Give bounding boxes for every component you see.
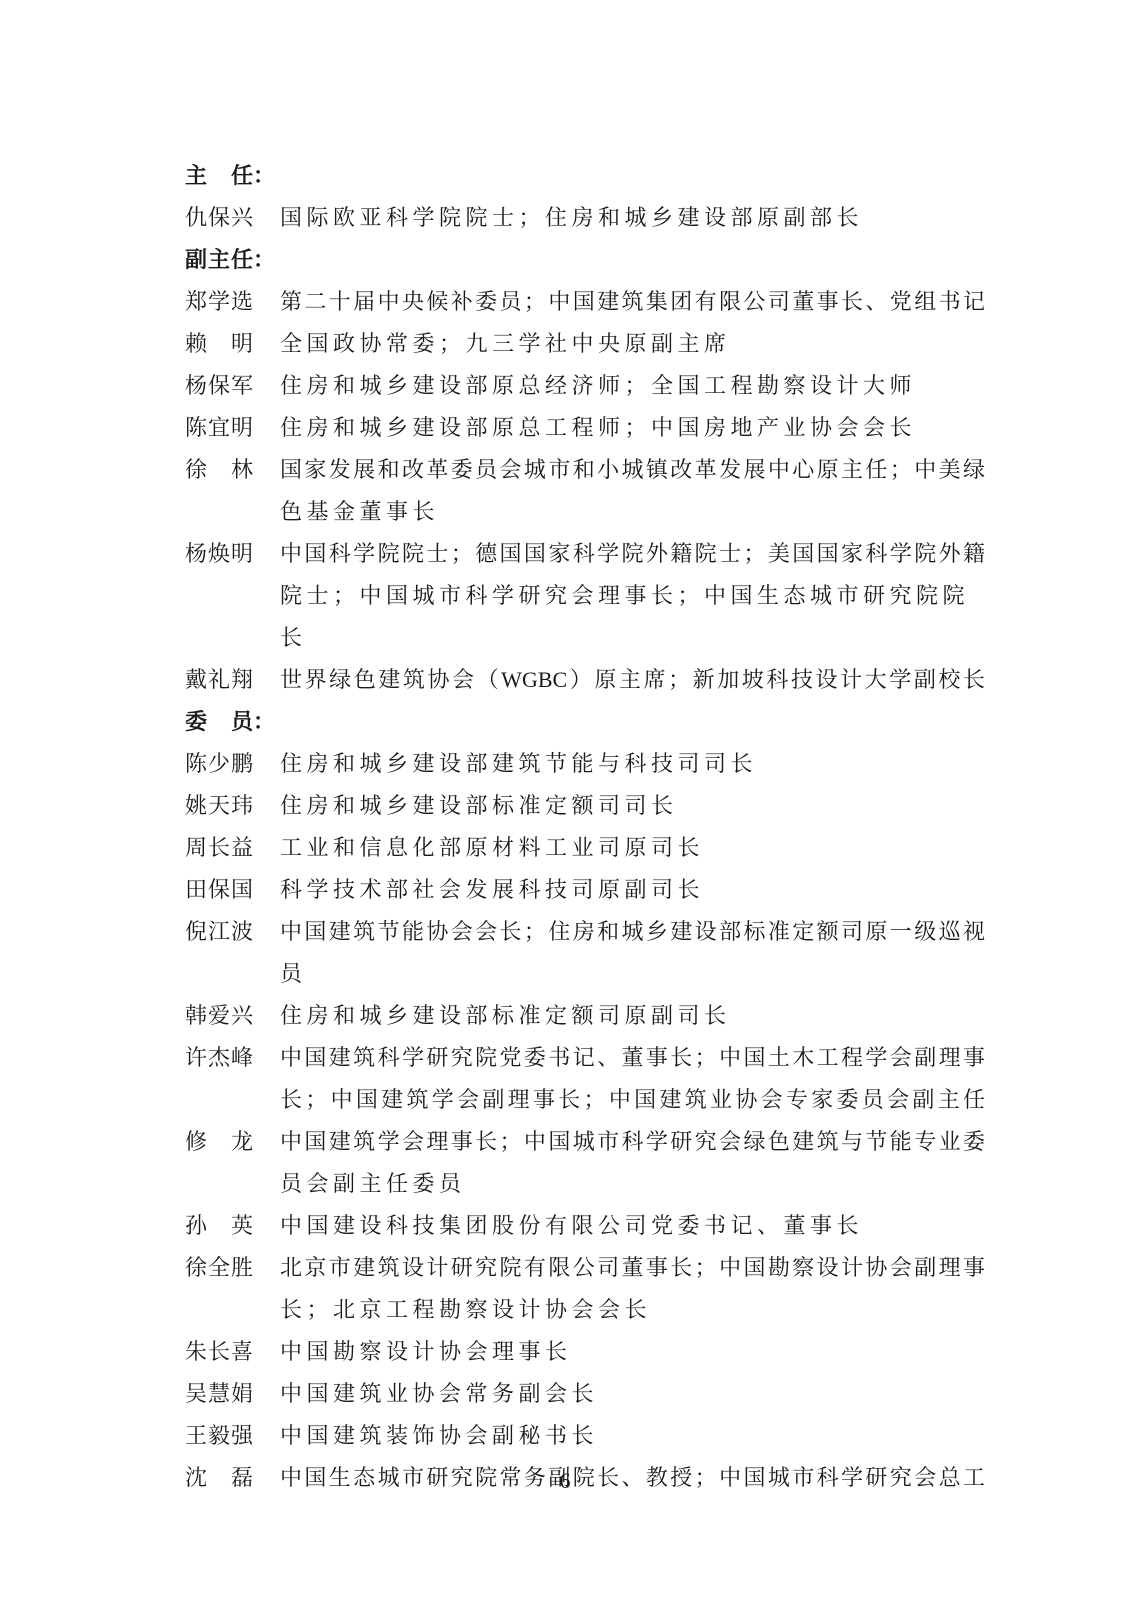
member-role-line: 长；中国建筑学会副理事长；中国建筑业协会专家委员会副主任 bbox=[280, 1079, 985, 1121]
member-name: 王毅强 bbox=[185, 1415, 253, 1457]
member-name: 朱长喜 bbox=[185, 1331, 253, 1373]
char: 孙 bbox=[185, 1205, 207, 1247]
member-role-line: 北京市建筑设计研究院有限公司董事长；中国勘察设计协会副理事 bbox=[280, 1247, 985, 1289]
char: 杰 bbox=[208, 1037, 230, 1079]
member-role: 中国建筑节能协会会长；住房和城乡建设部标准定额司原一级巡视员 bbox=[280, 911, 985, 995]
char: 英 bbox=[231, 1205, 253, 1247]
page-number: 6 bbox=[0, 1466, 1130, 1496]
member-role-line: 院士；中国城市科学研究会理事长；中国生态城市研究院院长 bbox=[280, 575, 985, 659]
member-row: 周长益工业和信息化部原材料工业司原司长 bbox=[185, 827, 1005, 869]
char: 保 bbox=[208, 197, 230, 239]
member-role-line: 中国建筑业协会常务副会长 bbox=[280, 1373, 985, 1415]
char: 明 bbox=[231, 407, 253, 449]
char: 翔 bbox=[231, 659, 253, 701]
char: 杨 bbox=[185, 365, 207, 407]
member-role-line: 住房和城乡建设部标准定额司司长 bbox=[280, 785, 985, 827]
char: 选 bbox=[231, 281, 253, 323]
char: 江 bbox=[208, 911, 230, 953]
member-name: 韩爱兴 bbox=[185, 995, 253, 1037]
member-row: 倪江波中国建筑节能协会会长；住房和城乡建设部标准定额司原一级巡视员 bbox=[185, 911, 1005, 995]
char: 明 bbox=[231, 533, 253, 575]
char: 仇 bbox=[185, 197, 207, 239]
member-role-line: 员 bbox=[280, 953, 985, 995]
char: 波 bbox=[231, 911, 253, 953]
char: 许 bbox=[185, 1037, 207, 1079]
member-name: 徐林 bbox=[185, 449, 253, 491]
member-role: 中国建筑学会理事长；中国城市科学研究会绿色建筑与节能专业委员会副主任委员 bbox=[280, 1121, 985, 1205]
char: 强 bbox=[231, 1415, 253, 1457]
member-role: 住房和城乡建设部标准定额司司长 bbox=[280, 785, 985, 827]
committee-list: 主任：仇保兴国际欧亚科学院院士；住房和城乡建设部原副部长副主任：郑学选第二十届中… bbox=[185, 155, 1005, 1499]
char: 爱 bbox=[208, 995, 230, 1037]
char: 宜 bbox=[208, 407, 230, 449]
member-row: 姚天玮住房和城乡建设部标准定额司司长 bbox=[185, 785, 1005, 827]
section-heading: 主任： bbox=[185, 155, 1005, 197]
char: 王 bbox=[185, 1415, 207, 1457]
char: 兴 bbox=[231, 995, 253, 1037]
member-role-line: 工业和信息化部原材料工业司原司长 bbox=[280, 827, 985, 869]
member-name: 陈宜明 bbox=[185, 407, 253, 449]
char: 长 bbox=[208, 827, 230, 869]
member-role-line: 科学技术部社会发展科技司原副司长 bbox=[280, 869, 985, 911]
char: 姚 bbox=[185, 785, 207, 827]
char: 陈 bbox=[185, 407, 207, 449]
member-role-line: 住房和城乡建设部标准定额司原副司长 bbox=[280, 995, 985, 1037]
member-role-line: 住房和城乡建设部原总工程师；中国房地产业协会会长 bbox=[280, 407, 985, 449]
char: 焕 bbox=[208, 533, 230, 575]
member-row: 王毅强中国建筑装饰协会副秘书长 bbox=[185, 1415, 1005, 1457]
member-name: 戴礼翔 bbox=[185, 659, 253, 701]
char: 任 bbox=[231, 239, 253, 281]
member-row: 吴慧娟中国建筑业协会常务副会长 bbox=[185, 1373, 1005, 1415]
member-row: 仇保兴国际欧亚科学院院士；住房和城乡建设部原副部长 bbox=[185, 197, 1005, 239]
member-role-line: 第二十届中央候补委员；中国建筑集团有限公司董事长、党组书记 bbox=[280, 281, 985, 323]
member-role: 世界绿色建筑协会（WGBC）原主席；新加坡科技设计大学副校长 bbox=[280, 659, 985, 701]
member-name: 姚天玮 bbox=[185, 785, 253, 827]
char: 朱 bbox=[185, 1331, 207, 1373]
char: 徐 bbox=[185, 449, 207, 491]
char: 杨 bbox=[185, 533, 207, 575]
char: 龙 bbox=[231, 1121, 253, 1163]
char: 吴 bbox=[185, 1373, 207, 1415]
member-row: 赖明全国政协常委；九三学社中央原副主席 bbox=[185, 323, 1005, 365]
member-role-line: 中国建筑装饰协会副秘书长 bbox=[280, 1415, 985, 1457]
member-row: 韩爱兴住房和城乡建设部标准定额司原副司长 bbox=[185, 995, 1005, 1037]
member-role-line: 长；北京工程勘察设计协会会长 bbox=[280, 1289, 985, 1331]
char: 天 bbox=[208, 785, 230, 827]
section-heading: 副主任： bbox=[185, 239, 1005, 281]
member-row: 戴礼翔世界绿色建筑协会（WGBC）原主席；新加坡科技设计大学副校长 bbox=[185, 659, 1005, 701]
member-name: 仇保兴 bbox=[185, 197, 253, 239]
member-role: 中国科学院院士；德国国家科学院外籍院士；美国国家科学院外籍院士；中国城市科学研究… bbox=[280, 533, 985, 659]
char: 毅 bbox=[208, 1415, 230, 1457]
member-name: 徐全胜 bbox=[185, 1247, 253, 1289]
char: 周 bbox=[185, 827, 207, 869]
char: 胜 bbox=[231, 1247, 253, 1289]
char: 全 bbox=[208, 1247, 230, 1289]
heading-colon: ： bbox=[253, 155, 275, 197]
char: 慧 bbox=[208, 1373, 230, 1415]
member-role-line: 中国勘察设计协会理事长 bbox=[280, 1331, 985, 1373]
member-name: 倪江波 bbox=[185, 911, 253, 953]
member-role: 全国政协常委；九三学社中央原副主席 bbox=[280, 323, 985, 365]
char: 倪 bbox=[185, 911, 207, 953]
member-role-line: 中国建设科技集团股份有限公司党委书记、董事长 bbox=[280, 1205, 985, 1247]
char: 明 bbox=[231, 323, 253, 365]
heading-colon: ： bbox=[253, 239, 275, 281]
member-role: 住房和城乡建设部建筑节能与科技司司长 bbox=[280, 743, 985, 785]
member-role-line: 住房和城乡建设部建筑节能与科技司司长 bbox=[280, 743, 985, 785]
member-row: 修龙中国建筑学会理事长；中国城市科学研究会绿色建筑与节能专业委员会副主任委员 bbox=[185, 1121, 1005, 1205]
char: 任 bbox=[231, 155, 253, 197]
char: 田 bbox=[185, 869, 207, 911]
member-role: 中国勘察设计协会理事长 bbox=[280, 1331, 985, 1373]
member-row: 杨保军住房和城乡建设部原总经济师；全国工程勘察设计大师 bbox=[185, 365, 1005, 407]
member-name: 许杰峰 bbox=[185, 1037, 253, 1079]
char: 郑 bbox=[185, 281, 207, 323]
section-heading: 委员： bbox=[185, 701, 1005, 743]
member-name: 杨保军 bbox=[185, 365, 253, 407]
heading-colon: ： bbox=[253, 701, 275, 743]
member-row: 田保国科学技术部社会发展科技司原副司长 bbox=[185, 869, 1005, 911]
member-role: 国际欧亚科学院院士；住房和城乡建设部原副部长 bbox=[280, 197, 985, 239]
member-role: 中国建筑业协会常务副会长 bbox=[280, 1373, 985, 1415]
char: 鹏 bbox=[231, 743, 253, 785]
member-role: 住房和城乡建设部标准定额司原副司长 bbox=[280, 995, 985, 1037]
member-role-line: 国家发展和改革委员会城市和小城镇改革发展中心原主任；中美绿 bbox=[280, 449, 985, 491]
member-role-line: 国际欧亚科学院院士；住房和城乡建设部原副部长 bbox=[280, 197, 985, 239]
member-name: 赖明 bbox=[185, 323, 253, 365]
member-row: 许杰峰中国建筑科学研究院党委书记、董事长；中国土木工程学会副理事长；中国建筑学会… bbox=[185, 1037, 1005, 1121]
member-role: 住房和城乡建设部原总经济师；全国工程勘察设计大师 bbox=[280, 365, 985, 407]
char: 主 bbox=[185, 155, 207, 197]
member-role-line: 员会副主任委员 bbox=[280, 1163, 985, 1205]
member-role: 科学技术部社会发展科技司原副司长 bbox=[280, 869, 985, 911]
member-role: 第二十届中央候补委员；中国建筑集团有限公司董事长、党组书记 bbox=[280, 281, 985, 323]
member-row: 孙英中国建设科技集团股份有限公司党委书记、董事长 bbox=[185, 1205, 1005, 1247]
member-role: 工业和信息化部原材料工业司原司长 bbox=[280, 827, 985, 869]
char: 戴 bbox=[185, 659, 207, 701]
member-row: 杨焕明中国科学院院士；德国国家科学院外籍院士；美国国家科学院外籍院士；中国城市科… bbox=[185, 533, 1005, 659]
member-name: 杨焕明 bbox=[185, 533, 253, 575]
char: 娟 bbox=[231, 1373, 253, 1415]
char: 保 bbox=[208, 365, 230, 407]
section-heading-label: 主任 bbox=[185, 155, 253, 197]
member-row: 徐林国家发展和改革委员会城市和小城镇改革发展中心原主任；中美绿色基金董事长 bbox=[185, 449, 1005, 533]
char: 副 bbox=[185, 239, 207, 281]
member-row: 郑学选第二十届中央候补委员；中国建筑集团有限公司董事长、党组书记 bbox=[185, 281, 1005, 323]
char: 峰 bbox=[231, 1037, 253, 1079]
char: 学 bbox=[208, 281, 230, 323]
member-role: 中国建筑科学研究院党委书记、董事长；中国土木工程学会副理事长；中国建筑学会副理事… bbox=[280, 1037, 985, 1121]
member-role-line: 色基金董事长 bbox=[280, 491, 985, 533]
member-row: 陈宜明住房和城乡建设部原总工程师；中国房地产业协会会长 bbox=[185, 407, 1005, 449]
char: 修 bbox=[185, 1121, 207, 1163]
member-role-line: 中国科学院院士；德国国家科学院外籍院士；美国国家科学院外籍 bbox=[280, 533, 985, 575]
char: 林 bbox=[231, 449, 253, 491]
char: 委 bbox=[185, 701, 207, 743]
char: 礼 bbox=[208, 659, 230, 701]
member-row: 徐全胜北京市建筑设计研究院有限公司董事长；中国勘察设计协会副理事长；北京工程勘察… bbox=[185, 1247, 1005, 1331]
member-name: 修龙 bbox=[185, 1121, 253, 1163]
char: 国 bbox=[231, 869, 253, 911]
member-role: 住房和城乡建设部原总工程师；中国房地产业协会会长 bbox=[280, 407, 985, 449]
char: 徐 bbox=[185, 1247, 207, 1289]
char: 员 bbox=[231, 701, 253, 743]
char: 益 bbox=[231, 827, 253, 869]
document-page: 主任：仇保兴国际欧亚科学院院士；住房和城乡建设部原副部长副主任：郑学选第二十届中… bbox=[0, 0, 1130, 1600]
char: 保 bbox=[208, 869, 230, 911]
member-row: 朱长喜中国勘察设计协会理事长 bbox=[185, 1331, 1005, 1373]
section-heading-label: 委员 bbox=[185, 701, 253, 743]
char: 韩 bbox=[185, 995, 207, 1037]
member-role: 国家发展和改革委员会城市和小城镇改革发展中心原主任；中美绿色基金董事长 bbox=[280, 449, 985, 533]
member-role-line: 中国建筑学会理事长；中国城市科学研究会绿色建筑与节能专业委 bbox=[280, 1121, 985, 1163]
member-role-line: 住房和城乡建设部原总经济师；全国工程勘察设计大师 bbox=[280, 365, 985, 407]
char: 喜 bbox=[231, 1331, 253, 1373]
char: 赖 bbox=[185, 323, 207, 365]
char: 长 bbox=[208, 1331, 230, 1373]
member-role-line: 中国建筑科学研究院党委书记、董事长；中国土木工程学会副理事 bbox=[280, 1037, 985, 1079]
member-role: 中国建筑装饰协会副秘书长 bbox=[280, 1415, 985, 1457]
member-name: 吴慧娟 bbox=[185, 1373, 253, 1415]
member-role-line: 中国建筑节能协会会长；住房和城乡建设部标准定额司原一级巡视 bbox=[280, 911, 985, 953]
member-row: 陈少鹏住房和城乡建设部建筑节能与科技司司长 bbox=[185, 743, 1005, 785]
member-role-line: 全国政协常委；九三学社中央原副主席 bbox=[280, 323, 985, 365]
char: 少 bbox=[208, 743, 230, 785]
member-name: 孙英 bbox=[185, 1205, 253, 1247]
char: 兴 bbox=[231, 197, 253, 239]
char: 主 bbox=[208, 239, 230, 281]
char: 军 bbox=[231, 365, 253, 407]
member-name: 田保国 bbox=[185, 869, 253, 911]
section-heading-label: 副主任 bbox=[185, 239, 253, 281]
member-name: 郑学选 bbox=[185, 281, 253, 323]
member-name: 陈少鹏 bbox=[185, 743, 253, 785]
member-name: 周长益 bbox=[185, 827, 253, 869]
char: 玮 bbox=[231, 785, 253, 827]
member-role: 中国建设科技集团股份有限公司党委书记、董事长 bbox=[280, 1205, 985, 1247]
member-role: 北京市建筑设计研究院有限公司董事长；中国勘察设计协会副理事长；北京工程勘察设计协… bbox=[280, 1247, 985, 1331]
member-role-line: 世界绿色建筑协会（WGBC）原主席；新加坡科技设计大学副校长 bbox=[280, 659, 985, 701]
char: 陈 bbox=[185, 743, 207, 785]
